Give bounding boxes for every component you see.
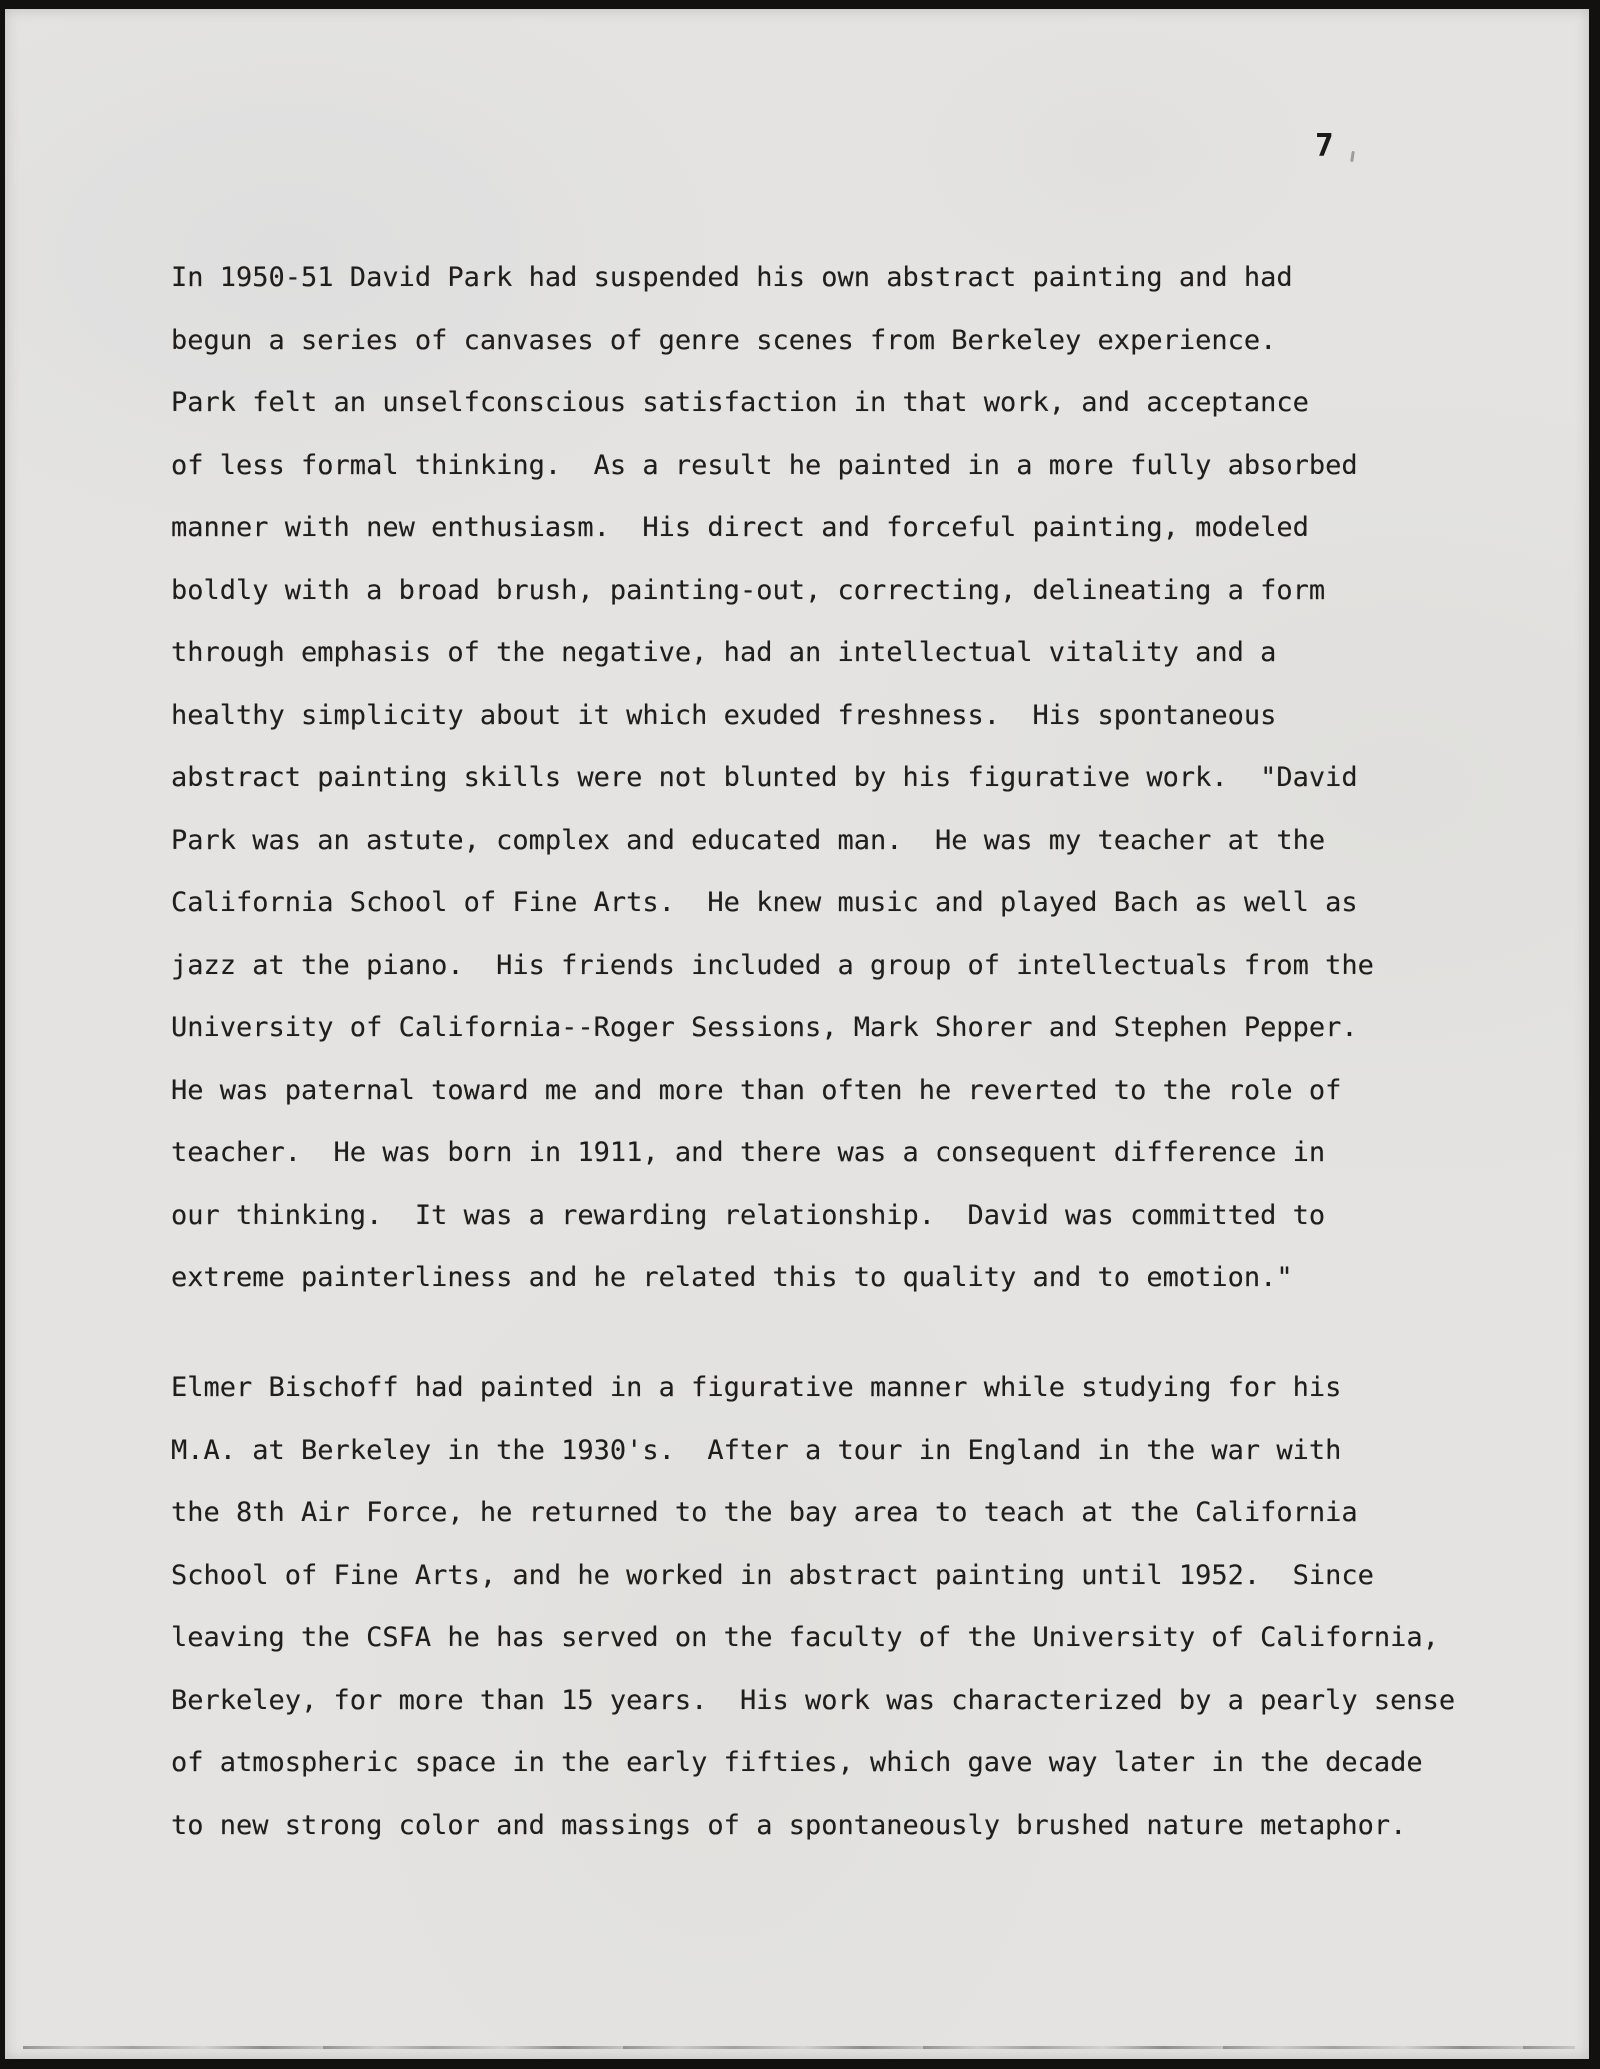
scanner-artifact-line	[23, 2046, 1575, 2049]
paper-sheet: 7 In 1950-51 David Park had suspended hi…	[5, 9, 1589, 2059]
stray-ink-mark	[1350, 151, 1355, 162]
paragraph-david-park: In 1950-51 David Park had suspended his …	[171, 247, 1374, 1310]
paragraph-elmer-bischoff: Elmer Bischoff had painted in a figurati…	[171, 1357, 1455, 1857]
scanned-page: 7 In 1950-51 David Park had suspended hi…	[0, 0, 1600, 2069]
page-number: 7	[1315, 131, 1334, 162]
